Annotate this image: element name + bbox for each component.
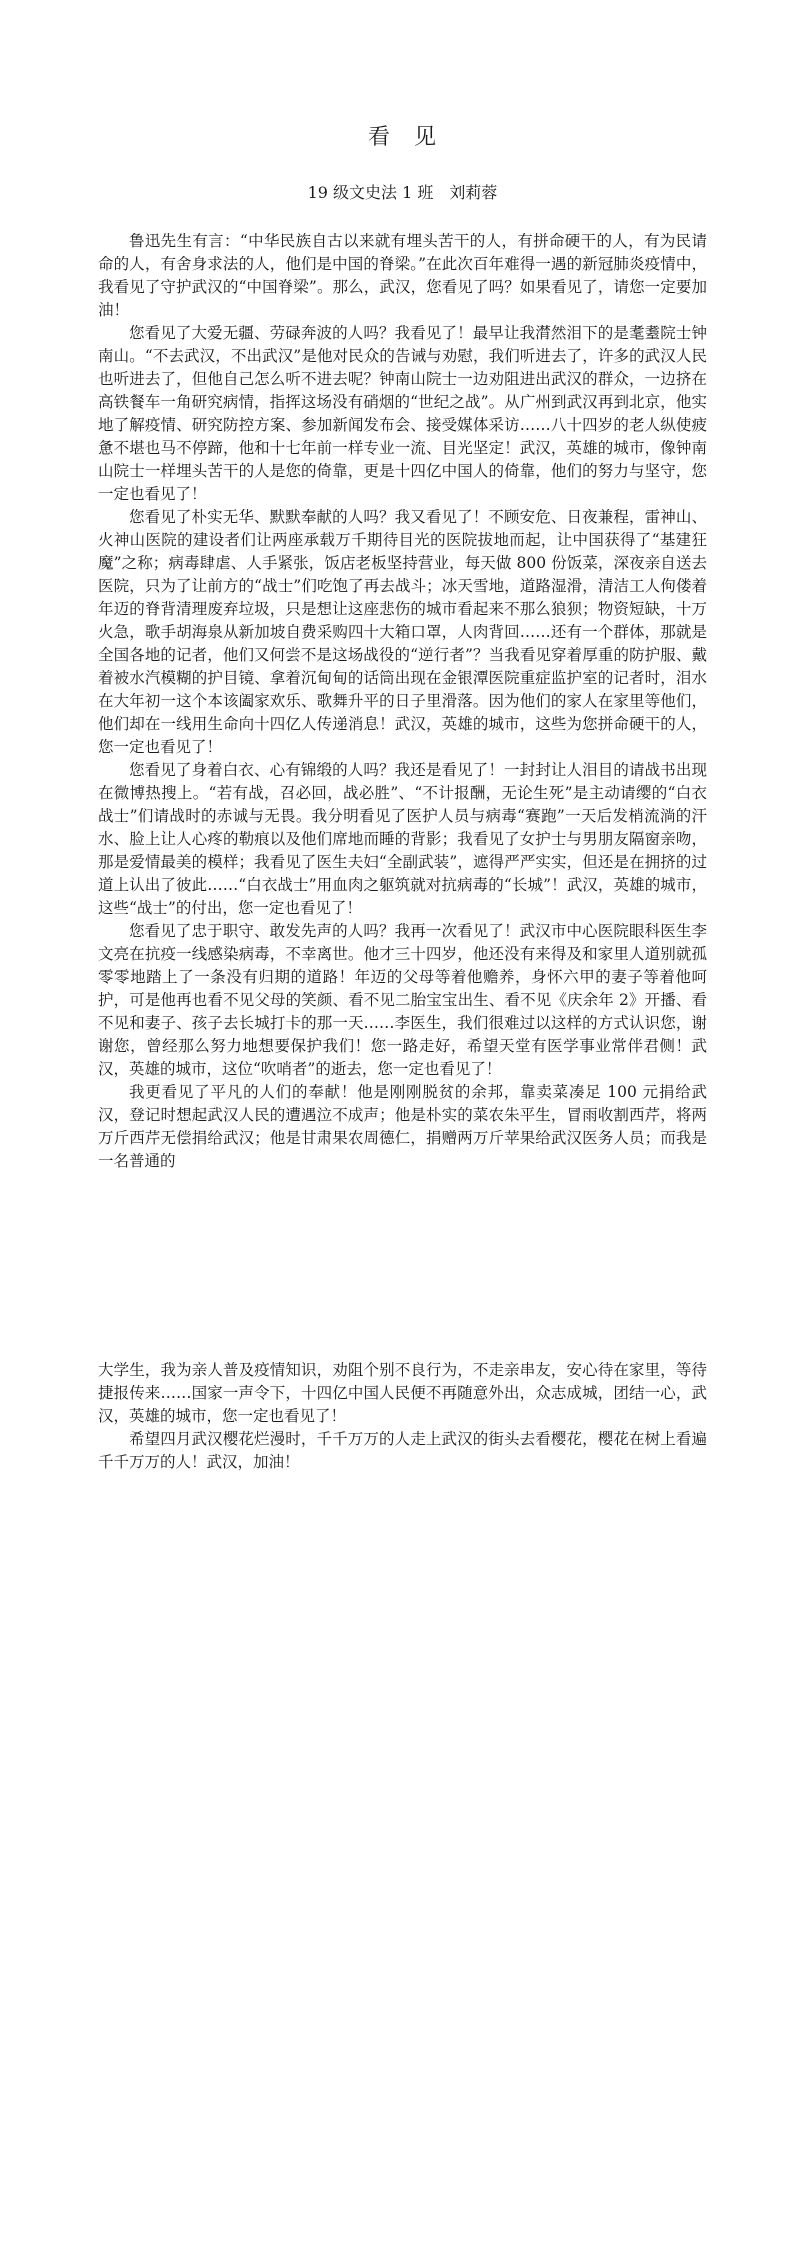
- document-title: 看 见: [98, 0, 707, 154]
- page2-body: 大学生，我为亲人普及疫情知识，劝阻个别不良行为，不走亲串友，安心待在家里，等待捷…: [98, 1359, 707, 1474]
- page-break-gap: [98, 1173, 707, 1359]
- paragraph: 大学生，我为亲人普及疫情知识，劝阻个别不良行为，不走亲串友，安心待在家里，等待捷…: [98, 1359, 707, 1428]
- paragraph: 我更看见了平凡的人们的奉献！他是刚刚脱贫的余邦，靠卖菜凑足 100 元捐给武汉，…: [98, 1081, 707, 1173]
- document-byline: 19 级文史法 1 班 刘莉蓉: [98, 182, 707, 204]
- document-page: 看 见 19 级文史法 1 班 刘莉蓉 鲁迅先生有言：“中华民族自古以来就有埋头…: [0, 0, 793, 2244]
- paragraph: 您看见了朴实无华、默默奉献的人吗？我又看见了！不顾安危、日夜兼程，雷神山、火神山…: [98, 506, 707, 759]
- paragraph: 希望四月武汉樱花烂漫时，千千万万的人走上武汉的街头去看樱花，樱花在树上看遍千千万…: [98, 1428, 707, 1474]
- paragraph: 鲁迅先生有言：“中华民族自古以来就有埋头苦干的人，有拼命硬干的人，有为民请命的人…: [98, 230, 707, 322]
- paragraph: 您看见了忠于职守、敢发先声的人吗？我再一次看见了！武汉市中心医院眼科医生李文亮在…: [98, 920, 707, 1081]
- paragraph: 您看见了身着白衣、心有锦缎的人吗？我还是看见了！一封封让人泪目的请战书出现在微博…: [98, 759, 707, 920]
- document-content: 看 见 19 级文史法 1 班 刘莉蓉 鲁迅先生有言：“中华民族自古以来就有埋头…: [0, 0, 793, 1474]
- paragraph: 您看见了大爱无疆、劳碌奔波的人吗？我看见了！最早让我潸然泪下的是耄耋院士钟南山。…: [98, 322, 707, 506]
- page1-body: 鲁迅先生有言：“中华民族自古以来就有埋头苦干的人，有拼命硬干的人，有为民请命的人…: [98, 230, 707, 1173]
